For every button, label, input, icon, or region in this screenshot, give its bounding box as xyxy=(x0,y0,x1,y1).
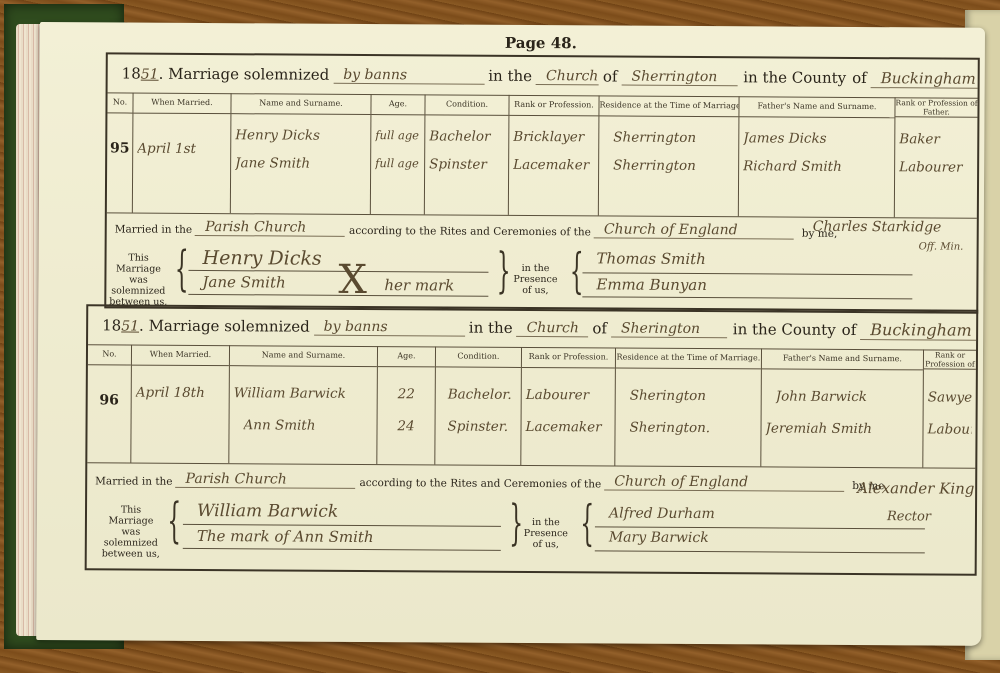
col-name: Name and Surname. Henry Dicks Jane Smith xyxy=(231,93,372,214)
groom-father-rank: Baker xyxy=(899,131,973,147)
bride-signature: Jane Smith xyxy=(202,273,285,292)
col-when-married: When Married. April 1st xyxy=(133,93,232,214)
groom-age: full age xyxy=(375,128,420,142)
groom-condition: Bachelor xyxy=(429,128,504,144)
label-according-to: according to the Rites and Ceremonies of… xyxy=(359,477,601,490)
header-residence: Residence at the Time of Marriage. xyxy=(599,95,738,117)
officiant-signature: Alexander King xyxy=(857,479,974,498)
col-no: No. 95 xyxy=(107,92,134,212)
header-when-married: When Married. xyxy=(132,345,229,367)
groom-residence: Sherrington xyxy=(613,130,734,147)
bride-rank: Lacemaker xyxy=(525,419,610,436)
year-label: 1851 xyxy=(122,65,159,83)
header-when-married: When Married. xyxy=(133,93,230,115)
year-label: 1851 xyxy=(102,316,139,334)
label-county: in the County xyxy=(733,320,836,339)
label-in-presence: in the Presence of us, xyxy=(508,263,562,296)
header-father-rank: Rank or Profession of Father. xyxy=(895,97,977,118)
header-name: Name and Surname. xyxy=(230,345,377,367)
bride-father-name: Richard Smith xyxy=(743,158,890,175)
col-residence: Residence at the Time of Marriage. Sheri… xyxy=(615,348,762,467)
label-county: in the County xyxy=(743,68,846,87)
groom-rank: Bricklayer xyxy=(513,129,594,145)
bride-mark-note: her mark xyxy=(384,276,454,294)
married-in-line: Married in the Parish Church according t… xyxy=(95,470,888,492)
col-age: Age. full age full age xyxy=(371,94,426,214)
groom-rank: Labourer xyxy=(526,387,611,404)
page-number: Page 48. xyxy=(505,34,577,52)
record-table: No. 96 When Married. April 18th Name and… xyxy=(87,344,976,468)
marriage-record-96: 1851 . Marriage solemnized by banns in t… xyxy=(85,304,979,575)
header-residence: Residence at the Time of Marriage. xyxy=(616,348,761,370)
county: Buckingham xyxy=(860,320,976,341)
header-no: No. xyxy=(88,344,131,365)
col-father-rank: Rank or Profession of Father. Baker Labo… xyxy=(895,97,978,217)
married-in: Parish Church xyxy=(176,471,356,489)
bride-signature: The mark of Ann Smith xyxy=(183,527,501,551)
bride-condition: Spinster xyxy=(429,156,504,172)
groom-father-name: John Barwick xyxy=(776,389,919,406)
label-married-in: Married in the xyxy=(95,475,172,487)
label-in-presence: in the Presence of us, xyxy=(519,517,573,550)
bride-age: 24 xyxy=(381,418,430,434)
header-name: Name and Surname. xyxy=(231,93,370,115)
record-table: No. 95 When Married. April 1st Name and … xyxy=(107,92,978,218)
solemnized-line: 1851 . Marriage solemnized by banns in t… xyxy=(88,306,976,350)
left-brace: { xyxy=(175,245,189,293)
bride-name: Jane Smith xyxy=(235,155,366,172)
bride-signature-line: Jane Smith X her mark xyxy=(188,273,488,297)
label-this-marriage: This Marriage was solemnized between us, xyxy=(101,504,161,559)
solemnized-line: 1851 . Marriage solemnized by banns in t… xyxy=(108,54,978,98)
groom-condition: Bachelor. xyxy=(448,386,517,402)
header-father-name: Father's Name and Surname. xyxy=(762,348,923,370)
solemnized-by: by banns xyxy=(333,66,484,84)
col-father-rank: Rank or Profession of Father. Sawyer Lab… xyxy=(923,349,976,467)
witness-2: Emma Bunyan xyxy=(582,275,912,299)
groom-residence: Sherington xyxy=(630,388,757,405)
entry-number: 95 xyxy=(107,140,132,156)
bride-residence: Sherington. xyxy=(629,420,756,437)
header-father-name: Father's Name and Surname. xyxy=(739,96,894,118)
when-married: April 1st xyxy=(137,141,226,158)
col-no: No. 96 xyxy=(87,344,132,462)
rites: Church of England xyxy=(594,221,794,239)
header-no: No. xyxy=(107,92,132,113)
col-father-name: Father's Name and Surname. John Barwick … xyxy=(761,348,924,467)
married-in-line: Married in the Parish Church according t… xyxy=(115,218,838,239)
col-name: Name and Surname. William Barwick Ann Sm… xyxy=(229,345,378,464)
col-rank: Rank or Profession. Labourer Lacemaker xyxy=(521,347,616,466)
bride-age: full age xyxy=(375,156,420,170)
bride-father-rank: Labourer xyxy=(899,159,973,175)
witness-1: Thomas Smith xyxy=(582,249,912,275)
col-when-married: When Married. April 18th xyxy=(131,345,230,464)
col-father-name: Father's Name and Surname. James Dicks R… xyxy=(739,96,896,217)
solemnized-by: by banns xyxy=(314,318,465,336)
officiant-title: Off. Min. xyxy=(919,241,964,252)
church-type: Church xyxy=(517,319,589,336)
bride-mark-cross: X xyxy=(338,260,367,300)
bride-name: Ann Smith xyxy=(243,417,372,434)
when-married: April 18th xyxy=(136,385,225,402)
marriage-record-95: 1851 . Marriage solemnized by banns in t… xyxy=(104,52,980,313)
witness-2: Mary Barwick xyxy=(595,529,925,553)
label-married-in: Married in the xyxy=(115,223,192,235)
county: Buckingham xyxy=(871,69,978,89)
left-brace: { xyxy=(167,497,181,545)
witness-brace: { xyxy=(580,499,594,547)
col-age: Age. 22 24 xyxy=(377,346,436,464)
officiant-signature: Charles Starkidge xyxy=(813,219,942,236)
label-according-to: according to the Rites and Ceremonies of… xyxy=(349,225,591,238)
col-rank: Rank or Profession. Bricklayer Lacemaker xyxy=(509,95,600,216)
rites: Church of England xyxy=(604,473,844,491)
church-type: Church xyxy=(536,68,599,85)
register-page: Page 48. 1851 . Marriage solemnized by b… xyxy=(36,22,985,646)
col-condition: Condition. Bachelor. Spinster. xyxy=(435,346,522,465)
groom-signature: William Barwick xyxy=(183,501,501,527)
groom-name: William Barwick xyxy=(234,385,373,402)
year-suffix: 51 xyxy=(121,319,139,335)
label-county-of: of xyxy=(842,321,857,339)
groom-age: 22 xyxy=(382,386,431,402)
header-condition: Condition. xyxy=(425,94,508,116)
parish: Sherington xyxy=(611,320,727,338)
label-in-the: in the xyxy=(469,319,513,337)
bride-rank: Lacemaker xyxy=(513,157,594,173)
header-age: Age. xyxy=(378,346,435,367)
groom-name: Henry Dicks xyxy=(235,127,366,144)
header-age: Age. xyxy=(371,94,424,115)
label-in-the: in the xyxy=(488,67,532,85)
header-rank: Rank or Profession. xyxy=(509,95,598,117)
label-this-marriage: This Marriage was solemnized between us, xyxy=(108,252,168,307)
label-county-of: of xyxy=(852,69,867,87)
header-condition: Condition. xyxy=(436,346,521,368)
bride-condition: Spinster. xyxy=(447,418,516,434)
parish: Sherrington xyxy=(621,68,737,86)
groom-father-name: James Dicks xyxy=(743,130,890,147)
header-rank: Rank or Profession. xyxy=(522,347,615,369)
label-of: of xyxy=(603,67,618,85)
col-residence: Residence at the Time of Marriage. Sherr… xyxy=(599,95,740,216)
col-condition: Condition. Bachelor Spinster xyxy=(425,94,510,215)
entry-number: 96 xyxy=(88,392,131,408)
married-in: Parish Church xyxy=(195,219,345,237)
header-father-rank: Rank or Profession of Father. xyxy=(924,349,976,369)
groom-father-rank: Sawyer xyxy=(928,389,972,405)
bride-father-rank: Labourer xyxy=(927,421,971,437)
witness-1: Alfred Durham xyxy=(595,505,925,529)
label-of: of xyxy=(592,319,607,337)
label-marriage-solemnized: . Marriage solemnized xyxy=(159,65,330,84)
bride-father-name: Jeremiah Smith xyxy=(765,420,918,437)
year-suffix: 51 xyxy=(141,67,159,83)
label-marriage-solemnized: . Marriage solemnized xyxy=(139,317,310,336)
bride-residence: Sherrington xyxy=(613,158,734,175)
